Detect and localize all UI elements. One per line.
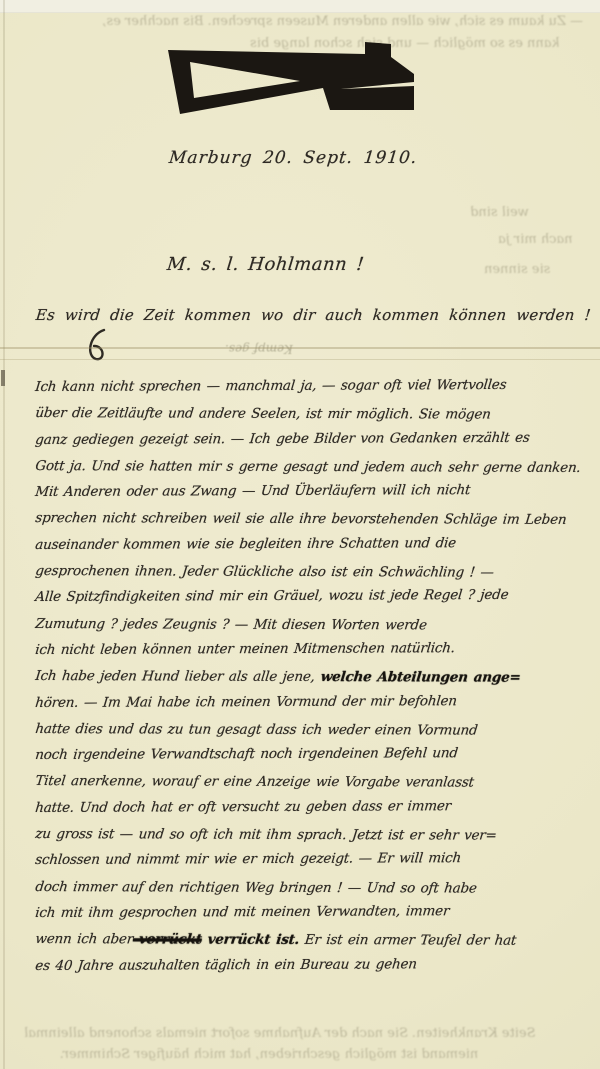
fold-crease — [0, 359, 600, 360]
bleedthrough-line: Seite Krankheiten. Sie nach der Aufnahme… — [23, 1026, 536, 1041]
bleedthrough-fragment: nach mir ja — [497, 232, 573, 247]
salutation: M. s. l. Hohlmann ! — [166, 254, 365, 275]
handwriting-line: ich mit ihm gesprochen und mit meinen Ve… — [34, 898, 577, 927]
arrow-bowtie-icon — [160, 40, 420, 150]
handwriting-segment: zu gross ist — und so oft ich mit ihm sp… — [35, 826, 498, 844]
handwriting-segment: es 40 Jahre auszuhalten täglich in ein B… — [35, 956, 418, 974]
opening-line: Es wird die Zeit kommen wo dir auch komm… — [35, 306, 600, 324]
handwriting-segment: sprechen nicht schreiben weil sie alle i… — [35, 510, 568, 528]
handwriting-segment: ganz gediegen gezeigt sein. — Ich gebe B… — [35, 429, 531, 447]
handwriting-line: hören. — Im Mai habe ich meinen Vormund … — [34, 687, 577, 716]
handwriting-segment: hören. — Im Mai habe ich meinen Vormund … — [35, 693, 458, 711]
bleedthrough-fragment: weil sind — [469, 205, 529, 220]
handwriting-segment: über die Zeitläufte und andere Seelen, i… — [35, 405, 492, 423]
letterhead-logo — [160, 40, 420, 150]
handwriting-line: hatte. Und doch hat er oft versucht zu g… — [34, 792, 577, 821]
handwriting-segment: Titel anerkenne, worauf er eine Anzeige … — [35, 773, 475, 791]
handwriting-segment: Ich habe jeden Hund lieber als alle jene… — [35, 668, 316, 685]
handwriting-segment: ich nicht leben können unter meinen Mitm… — [35, 640, 456, 658]
handwriting-segment: wenn ich aber — [35, 931, 134, 947]
letter-scan-page: { "colors": { "paper": "#ebe7c8", "paper… — [0, 0, 600, 1069]
handwriting-segment: verrückt — [132, 932, 202, 948]
handwriting-segment: Er ist ein armer Teufel der hat — [298, 932, 517, 949]
flourish-loop — [84, 328, 114, 370]
handwriting-segment: doch immer auf den richtigen Weg bringen… — [35, 879, 478, 897]
handwriting-line: ich nicht leben können unter meinen Mitm… — [34, 635, 577, 664]
handwriting-segment: Alle Spitzfindigkeiten sind mir ein Gräu… — [35, 587, 510, 605]
handwriting-segment: hatte dies und das zu tun gesagt dass ic… — [35, 721, 479, 739]
handwriting-segment: Zumutung ? jedes Zeugnis ? — Mit diesen … — [35, 616, 428, 633]
handwriting-line: es 40 Jahre auszuhalten täglich in ein B… — [34, 950, 577, 979]
bleedthrough-line: — Zu kaum es sich, wie allen anderen Mus… — [17, 14, 584, 29]
handwriting-line: schlossen und nimmt mir wie er mich geze… — [34, 845, 577, 874]
handwriting-segment: Ich kann nicht sprechen — manchmal ja, —… — [35, 377, 508, 395]
handwriting-segment: Mit Anderen oder aus Zwang — Und Überläu… — [35, 482, 472, 500]
scan-left-edge — [3, 0, 5, 1069]
scan-left-mark — [1, 370, 5, 386]
handwriting-line: Alle Spitzfindigkeiten sind mir ein Gräu… — [34, 582, 577, 611]
handwriting-line: auseinander kommen wie sie begleiten ihr… — [34, 529, 577, 558]
fold-crease — [0, 347, 600, 349]
bleedthrough-line: niemand ist möglich geschrieben, hat mic… — [59, 1047, 479, 1062]
date-line: Marburg 20. Sept. 1910. — [168, 148, 418, 168]
handwriting-segment: noch irgendeine Verwandtschaft noch irge… — [35, 745, 459, 763]
handwriting-line: Ich kann nicht sprechen — manchmal ja, —… — [34, 372, 577, 401]
handwriting-line: Mit Anderen oder aus Zwang — Und Überläu… — [34, 477, 577, 506]
pencil-note-reversed: Kempf ges. — [225, 342, 293, 356]
handwriting-segment: hatte. Und doch hat er oft versucht zu g… — [35, 798, 452, 816]
handwriting-segment: auseinander kommen wie sie begleiten ihr… — [35, 535, 457, 553]
handwriting-segment: Gott ja. Und sie hatten mir s gerne gesa… — [35, 458, 582, 476]
scan-top-edge — [0, 0, 600, 13]
bleedthrough-fragment: sie sinnen — [483, 262, 551, 277]
handwriting-segment: gesprochenen ihnen. Jeder Glückliche als… — [35, 563, 495, 581]
handwriting-line: ganz gediegen gezeigt sein. — Ich gebe B… — [34, 424, 577, 453]
handwriting-segment: ich mit ihm gesprochen und mit meinen Ve… — [35, 903, 451, 921]
handwriting-line: noch irgendeine Verwandtschaft noch irge… — [34, 740, 577, 769]
handwriting-segment: schlossen und nimmt mir wie er mich geze… — [35, 850, 462, 868]
handwriting-segment: welche Abteilungen ange= — [314, 669, 522, 686]
handwriting-segment: verrückt ist. — [201, 932, 300, 948]
letter-body: Ich kann nicht sprechen — manchmal ja, —… — [34, 374, 574, 979]
